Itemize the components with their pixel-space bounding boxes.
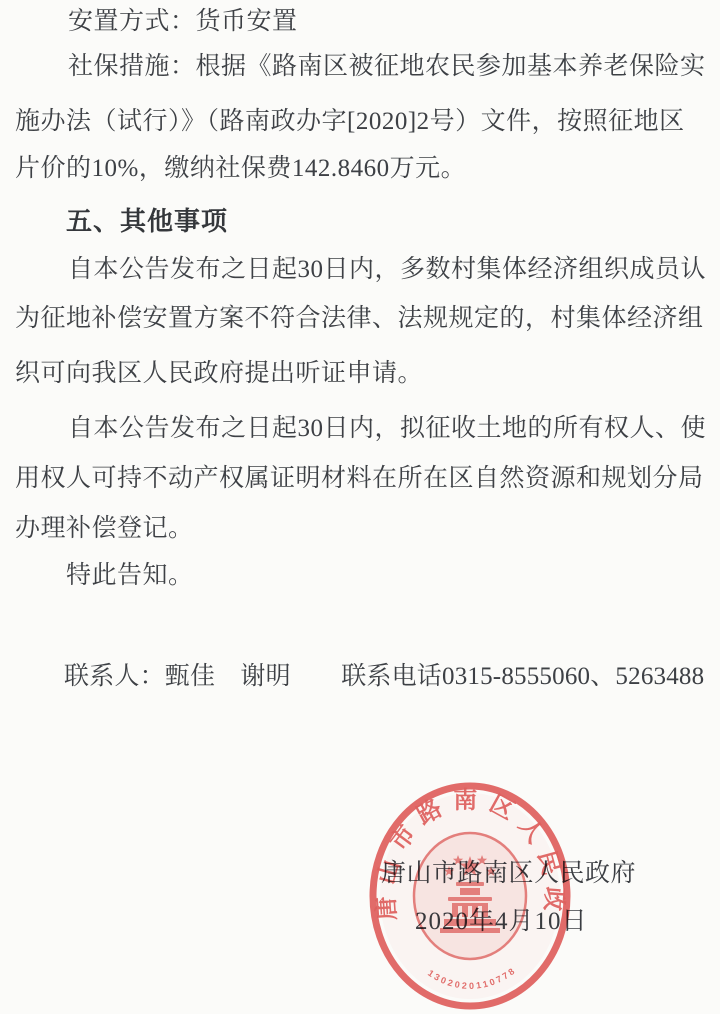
body-line: 安置方式：货币安置	[68, 8, 298, 37]
body-line: 自本公告发布之日起30日内，拟征收土地的所有权人、使	[68, 415, 706, 444]
body-line: 自本公告发布之日起30日内，多数村集体经济组织成员认	[68, 256, 706, 285]
body-line: 为征地补偿安置方案不符合法律、法规规定的，村集体经济组	[15, 305, 704, 334]
closing-line: 特此告知。	[66, 562, 194, 591]
body-line: 办理补偿登记。	[15, 515, 194, 544]
body-line: 社保措施：根据《路南区被征地农民参加基本养老保险实	[68, 53, 706, 82]
body-line: 织可向我区人民政府提出听证申请。	[15, 360, 423, 389]
section-heading: 五、其他事项	[66, 207, 228, 237]
document-page: 安置方式：货币安置 社保措施：根据《路南区被征地农民参加基本养老保险实 施办法（…	[0, 0, 720, 1014]
body-line: 片价的10%，缴纳社保费142.8460万元。	[15, 155, 466, 184]
official-seal: 唐山市路南区人民政府 1302020110778	[366, 780, 574, 1013]
body-line: 施办法（试行）》（路南政办字[2020]2号）文件，按照征地区	[15, 108, 685, 137]
contact-line: 联系人：甄佳 谢明 联系电话0315-8555060、5263488	[64, 663, 704, 692]
body-line: 用权人可持不动产权属证明材料在所在区自然资源和规划分局	[15, 465, 704, 494]
national-emblem-icon	[414, 833, 526, 959]
